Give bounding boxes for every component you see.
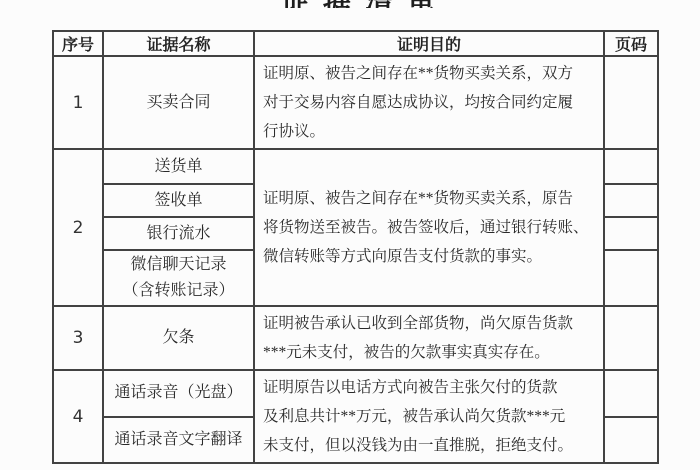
cell-evidence-name-wechat-records: 微信聊天记录 （含转账记录）	[103, 250, 254, 306]
cell-page-4b	[604, 417, 658, 464]
page-title-cropped: 证据清单	[0, 0, 700, 8]
table-header-row: 序号 证据名称 证明目的 页码	[53, 31, 658, 56]
cell-page-2b	[604, 184, 658, 217]
cell-page-4a	[604, 370, 658, 417]
cell-purpose-4: 证明原告以电话方式向被告主张欠付的货款 及利息共计**万元，被告承认尚欠货款**…	[254, 370, 604, 463]
table-row-3: 3 欠条 证明被告承认已收到全部货物，尚欠原告货款 ***元未支付，被告的欠款事…	[53, 306, 658, 370]
cell-purpose-1: 证明原、被告之间存在**货物买卖关系，双方 对于交易内容自愿达成协议，均按合同约…	[254, 56, 604, 149]
document-page: 证据清单 序号 证据名称 证明目的 页码 1 买卖合同 证明原、被告之间存在**…	[0, 0, 700, 470]
evidence-table: 序号 证据名称 证明目的 页码 1 买卖合同 证明原、被告之间存在**货物买卖关…	[52, 30, 659, 464]
cell-serial-4: 4	[53, 370, 103, 463]
column-header-purpose: 证明目的	[254, 31, 604, 56]
cell-evidence-name-receipt: 签收单	[103, 184, 254, 217]
table-row-2a: 2 送货单 证明原、被告之间存在**货物买卖关系，原告 将货物送至被告。被告签收…	[53, 149, 658, 184]
cell-serial-1: 1	[53, 56, 103, 149]
page-title-text: 证据清单	[251, 0, 449, 8]
cell-evidence-name-contract: 买卖合同	[103, 56, 254, 149]
table-row-1: 1 买卖合同 证明原、被告之间存在**货物买卖关系，双方 对于交易内容自愿达成协…	[53, 56, 658, 149]
cell-page-3	[604, 306, 658, 370]
table-row-4a: 4 通话录音（光盘） 证明原告以电话方式向被告主张欠付的货款 及利息共计**万元…	[53, 370, 658, 417]
cell-evidence-name-call-transcript: 通话录音文字翻译	[103, 417, 254, 464]
cell-page-1	[604, 56, 658, 149]
cell-page-2d	[604, 250, 658, 306]
column-header-page: 页码	[604, 31, 658, 56]
cell-serial-2: 2	[53, 149, 103, 306]
column-header-evidence-name: 证据名称	[103, 31, 254, 56]
cell-evidence-name-delivery-note: 送货单	[103, 149, 254, 184]
cell-evidence-name-call-recording: 通话录音（光盘）	[103, 370, 254, 417]
cell-page-2c	[604, 217, 658, 250]
column-header-serial: 序号	[53, 31, 103, 56]
cell-evidence-name-bank-statement: 银行流水	[103, 217, 254, 250]
cell-evidence-name-iou: 欠条	[103, 306, 254, 370]
cell-serial-3: 3	[53, 306, 103, 370]
cell-purpose-2: 证明原、被告之间存在**货物买卖关系，原告 将货物送至被告。被告签收后，通过银行…	[254, 149, 604, 306]
cell-purpose-3: 证明被告承认已收到全部货物，尚欠原告货款 ***元未支付，被告的欠款事实真实存在…	[254, 306, 604, 370]
cell-page-2a	[604, 149, 658, 184]
